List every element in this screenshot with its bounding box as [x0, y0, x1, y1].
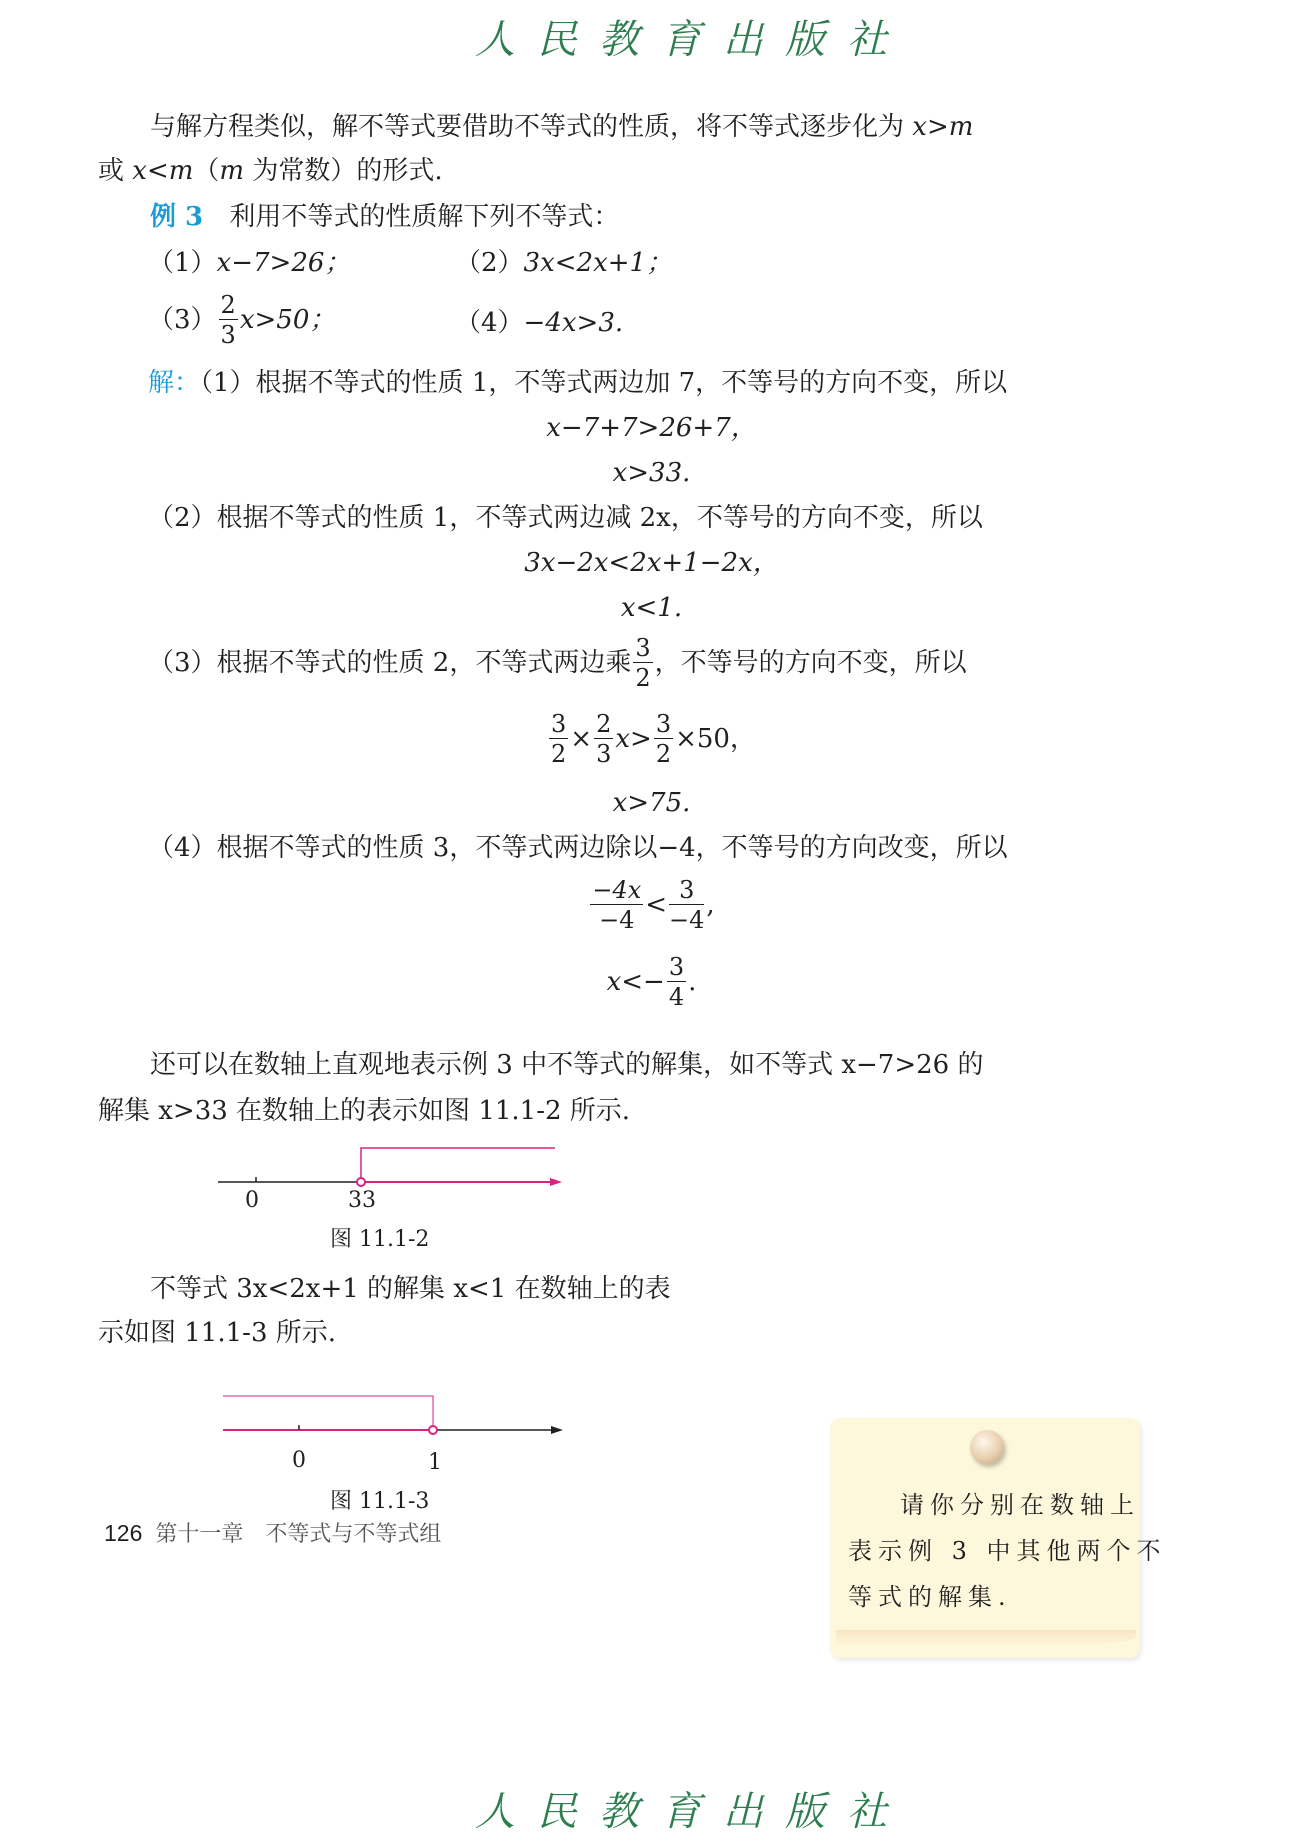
arrow-head-icon	[551, 1426, 563, 1434]
solution-step4-eq2: x<−34.	[0, 955, 1303, 1009]
figure-caption-2: 图 11.1-3	[330, 1484, 429, 1515]
tick-label-0: 0	[245, 1188, 259, 1213]
problem-expr: −4x>3.	[524, 308, 624, 338]
problem-number: （2）	[455, 248, 524, 278]
solution-step1-text: 解：（1）根据不等式的性质 1，不等式两边加 7，不等号的方向不变，所以	[148, 370, 1007, 396]
fraction: 32	[633, 636, 652, 690]
solution-step1-eq1: x−7+7>26+7，	[0, 415, 1303, 441]
problem-3: （3）23x>50；	[148, 293, 335, 347]
fraction-denominator: −4	[590, 905, 643, 932]
fraction-numerator: 2	[219, 293, 238, 320]
open-circle-icon	[429, 1426, 437, 1434]
problem-expr: x−7>26；	[217, 248, 351, 278]
fraction-numerator: 3	[669, 878, 704, 905]
fraction: 32	[549, 712, 568, 766]
fraction-numerator: 3	[667, 955, 686, 982]
fraction: 3−4	[669, 878, 704, 932]
solution-step3-eq1: 32×23x>32×50，	[0, 712, 1303, 766]
intro-text: （	[193, 156, 219, 186]
fraction: 34	[667, 955, 686, 1009]
problem-number: （1）	[148, 248, 217, 278]
math-inline: ×50，	[675, 724, 756, 754]
fraction-denominator: 3	[219, 320, 238, 347]
tick-label-0: 0	[292, 1448, 306, 1473]
operator: <	[645, 890, 667, 920]
fraction-denominator: 2	[654, 739, 673, 766]
publisher-watermark-bottom: 人民教育出版社	[475, 1780, 909, 1837]
example-label: 例 3	[150, 202, 203, 232]
problem-expr: 3x<2x+1；	[524, 248, 673, 278]
fraction-numerator: −4x	[590, 878, 643, 905]
para2-line1: 还可以在数轴上直观地表示例 3 中不等式的解集，如不等式 x−7>26 的	[150, 1052, 983, 1078]
problem-expr: x>50；	[240, 305, 336, 335]
para3-line2: 示如图 11.1-3 所示.	[98, 1320, 336, 1346]
fraction-denominator: 4	[667, 982, 686, 1009]
pushpin-icon	[970, 1430, 1004, 1464]
intro-text: 为常数）的形式.	[244, 156, 443, 186]
fraction-denominator: 2	[549, 739, 568, 766]
problem-4: （4）−4x>3.	[455, 310, 623, 336]
example-heading: 例 3 利用不等式的性质解下列不等式：	[150, 204, 619, 230]
solution-step1-eq2: x>33.	[0, 460, 1303, 486]
step-text: （3）根据不等式的性质 2，不等式两边乘	[148, 648, 631, 678]
problem-number: （3）	[148, 305, 217, 335]
step-text: ，不等号的方向不变，所以	[655, 648, 967, 678]
fraction-numerator: 3	[654, 712, 673, 739]
chapter-title: 第十一章 不等式与不等式组	[155, 1522, 441, 1547]
para3-line1: 不等式 3x<2x+1 的解集 x<1 在数轴上的表	[150, 1276, 671, 1302]
page-number: 126	[104, 1520, 142, 1546]
example-title: 利用不等式的性质解下列不等式：	[229, 202, 619, 232]
intro-paragraph-line1: 与解方程类似，解不等式要借助不等式的性质，将不等式逐步化为 x>m	[150, 114, 973, 140]
number-line-figure-1	[210, 1140, 570, 1220]
fraction-numerator: 2	[594, 712, 613, 739]
problem-2: （2）3x<2x+1；	[455, 250, 672, 276]
intro-text: 或	[98, 156, 124, 186]
tick-label-33: 33	[348, 1188, 376, 1213]
fraction: 23	[594, 712, 613, 766]
arrow-head-icon	[550, 1178, 562, 1186]
problem-1: （1）x−7>26；	[148, 250, 350, 276]
problem-number: （4）	[455, 308, 524, 338]
math-inline: x>	[615, 724, 651, 754]
math-inline: ,	[706, 890, 714, 920]
step-text: （1）根据不等式的性质 1，不等式两边加 7，不等号的方向不变，所以	[200, 368, 1007, 398]
fraction-numerator: 3	[549, 712, 568, 739]
math-inline: m	[219, 156, 244, 186]
solution-step2-eq1: 3x−2x<2x+1−2x，	[0, 550, 1303, 576]
fraction-denominator: −4	[669, 905, 704, 932]
fraction-denominator: 2	[633, 663, 652, 690]
solution-step3-text: （3）根据不等式的性质 2，不等式两边乘32，不等号的方向不变，所以	[148, 636, 967, 690]
fraction-numerator: 3	[633, 636, 652, 663]
sticky-note-text: 请你分别在数轴上 表示例 3 中其他两个不 等式的解集.	[848, 1482, 1167, 1620]
open-circle-icon	[357, 1178, 365, 1186]
page-footer: 126 第十一章 不等式与不等式组	[104, 1517, 441, 1548]
intro-paragraph-line2: 或 x<m（m 为常数）的形式.	[98, 158, 443, 184]
fraction: 32	[654, 712, 673, 766]
para2-line2: 解集 x>33 在数轴上的表示如图 11.1-2 所示.	[98, 1098, 630, 1124]
publisher-watermark-top: 人民教育出版社	[475, 8, 909, 65]
note-line: 请你分别在数轴上	[848, 1482, 1167, 1528]
note-line: 等式的解集.	[848, 1574, 1167, 1620]
solution-step2-text: （2）根据不等式的性质 1，不等式两边减 2x，不等号的方向不变，所以	[148, 505, 983, 531]
solution-step4-text: （4）根据不等式的性质 3，不等式两边除以−4，不等号的方向改变，所以	[148, 835, 1008, 861]
solution-bracket	[361, 1148, 555, 1178]
math-inline: x>m	[912, 112, 973, 142]
solution-bracket	[223, 1396, 433, 1426]
fraction: −4x−4	[590, 878, 643, 932]
number-line-figure-2	[215, 1390, 575, 1450]
figure-caption-1: 图 11.1-2	[330, 1222, 429, 1253]
operator: ×	[570, 724, 592, 754]
math-inline: x<m	[132, 156, 193, 186]
fraction: 23	[219, 293, 238, 347]
solution-step2-eq2: x<1.	[0, 595, 1303, 621]
math-inline: x<−	[607, 967, 665, 997]
tick-label-1: 1	[428, 1450, 442, 1475]
solution-label: 解：	[148, 368, 200, 398]
fraction-denominator: 3	[594, 739, 613, 766]
solution-step4-eq1: −4x−4<3−4,	[0, 878, 1303, 932]
intro-text: 与解方程类似，解不等式要借助不等式的性质，将不等式逐步化为	[150, 112, 904, 142]
math-inline: .	[688, 967, 696, 997]
note-line: 表示例 3 中其他两个不	[848, 1528, 1167, 1574]
solution-step3-eq2: x>75.	[0, 790, 1303, 816]
